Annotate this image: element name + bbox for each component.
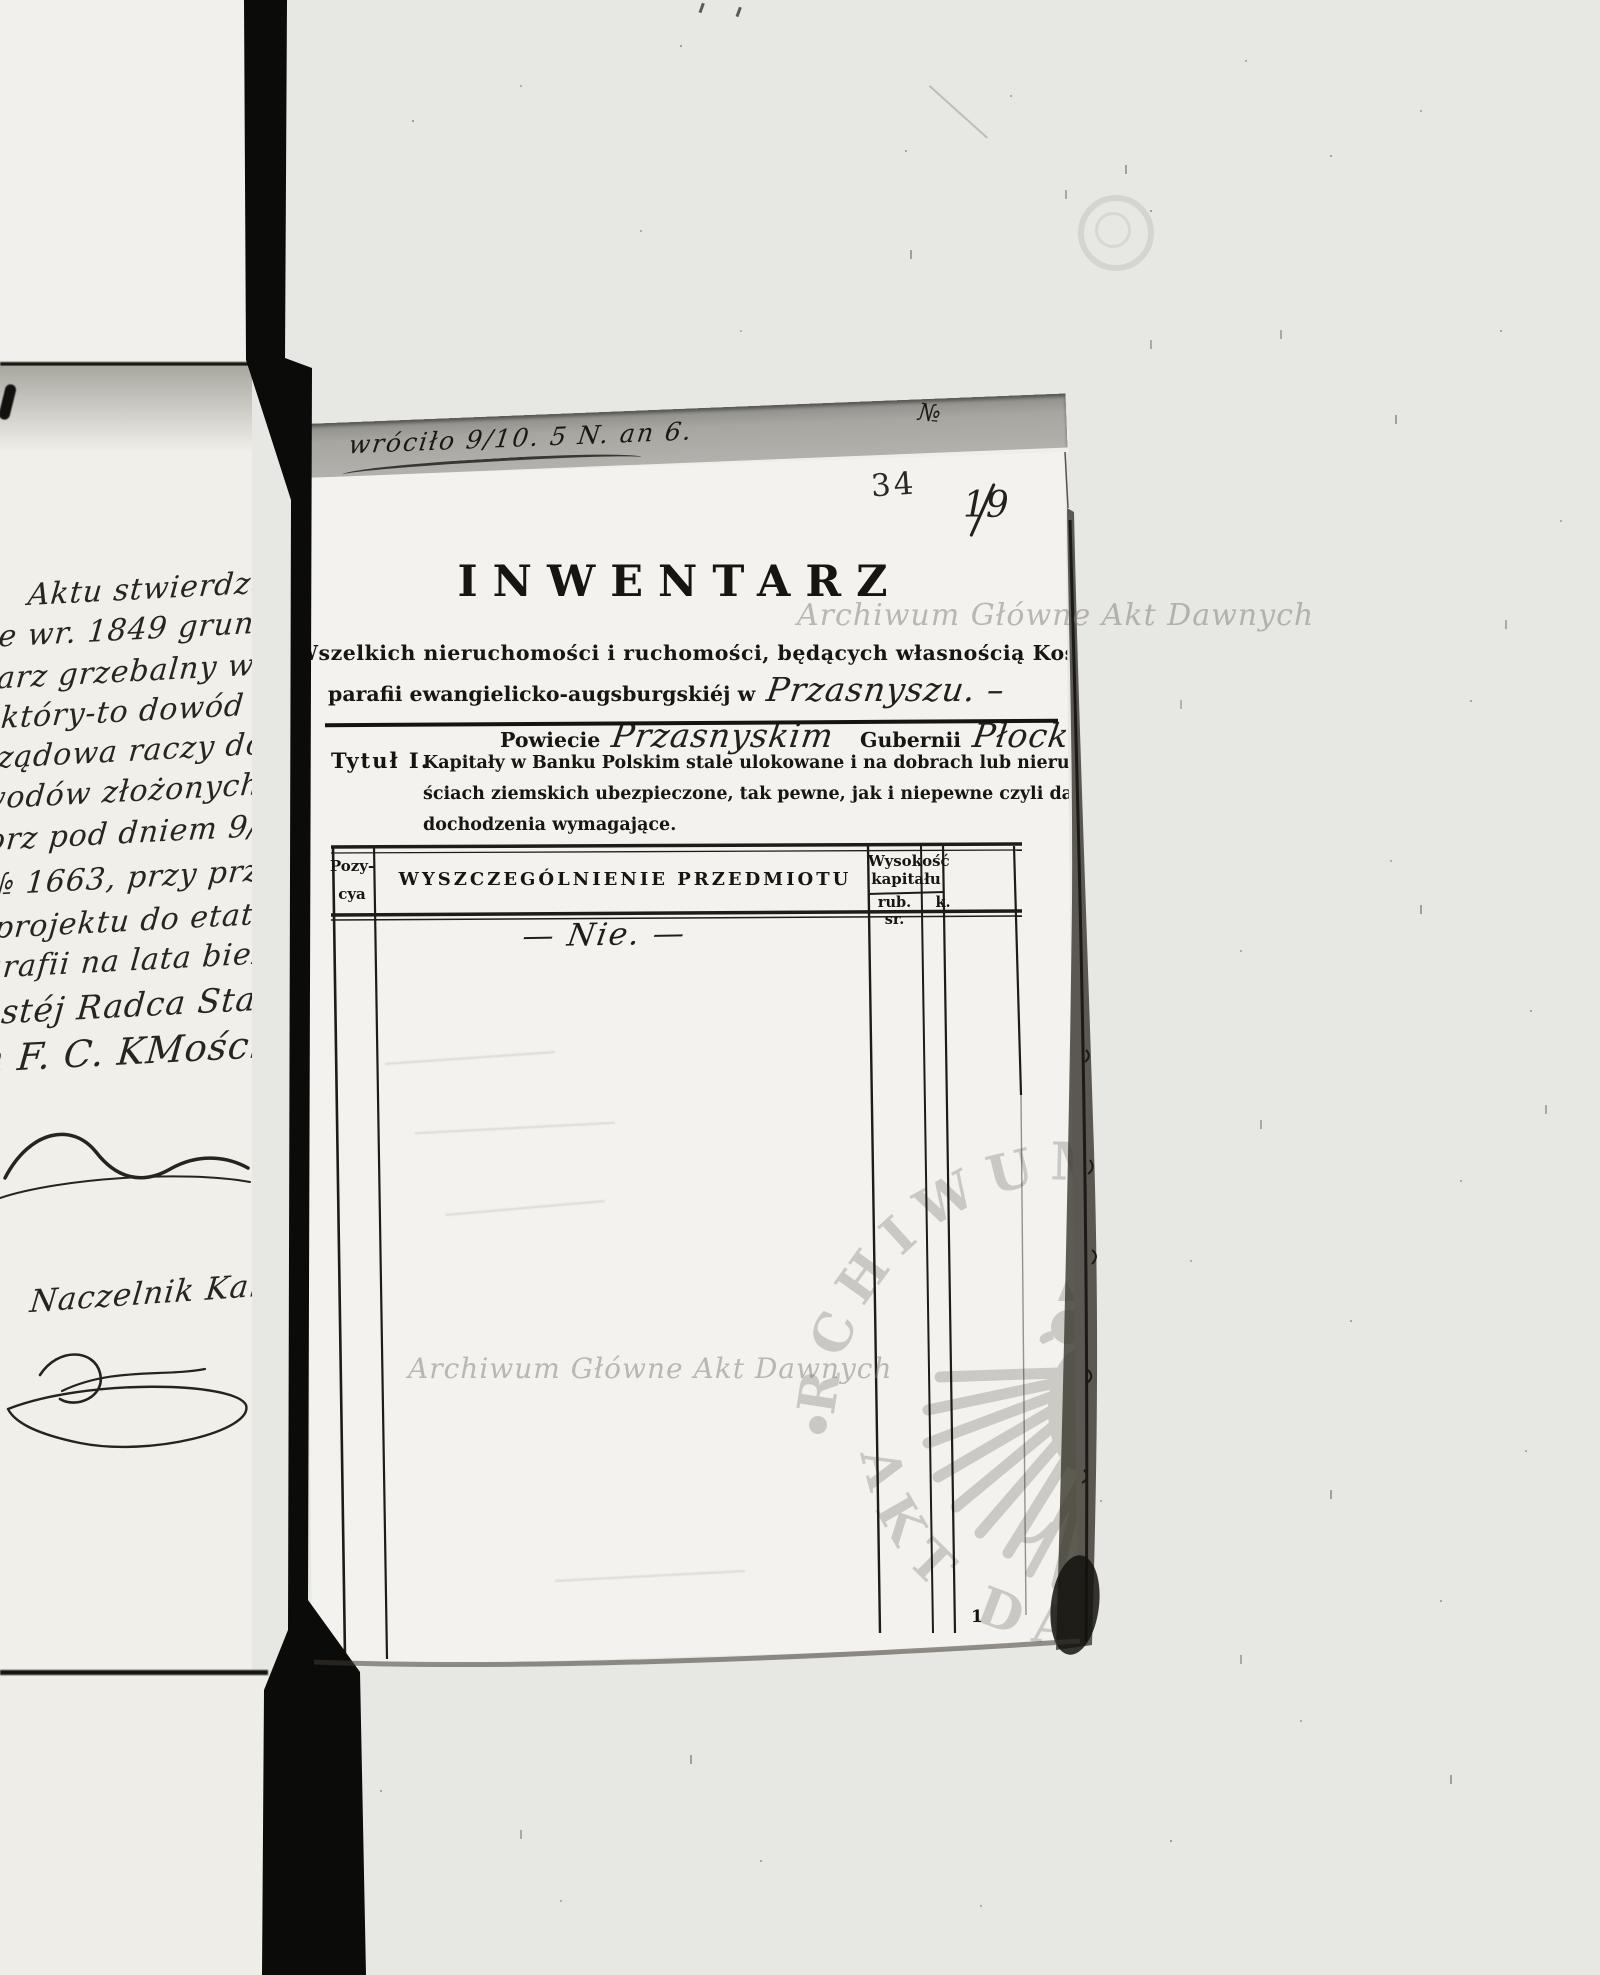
page-number: 1	[971, 1607, 983, 1627]
column-header-position-line1: Pozy-	[329, 857, 375, 875]
stamp-bullet-right	[1333, 1416, 1351, 1434]
handwritten-line: Aktu stwierdzającego	[26, 560, 252, 613]
archive-watermark-text: Archiwum Główne Akt Dawnych	[408, 1352, 893, 1385]
clerk-title-line: Naczelnik Kancellarj	[28, 1260, 252, 1321]
underlying-page-top-left	[0, 0, 246, 366]
column-header-amount-line2: kapitału	[868, 870, 944, 888]
left-handwritten-page: Aktu stwierdzającego ie wr. 1849 gruntu …	[0, 366, 252, 1674]
underlying-page-bottom-left	[0, 1676, 268, 1975]
scratch-mark	[929, 85, 988, 139]
archive-watermark-text: Archiwum Główne Akt Dawnych	[797, 598, 1314, 633]
column-header-position-line2: cya	[329, 885, 375, 903]
column-header-kopecks: k.	[928, 894, 958, 911]
handwritten-line: № 1663, przy przedst	[0, 850, 252, 903]
page-top-shading	[0, 366, 252, 452]
signature-flourish	[0, 1108, 252, 1218]
edge-tick	[699, 3, 711, 15]
archival-scan-photo: { "scan": { "kind": "archival document s…	[0, 0, 1600, 1975]
handwritten-line: istéj Radca Stanu,	[0, 976, 252, 1032]
column-header-position: Pozy- cya	[329, 857, 375, 903]
returned-note-handwriting: wróciło 9/10. 5 N. an 6.	[347, 416, 695, 459]
column-header-subject: WYSZCZEGÓLNIENIE PRZEDMIOTU	[385, 869, 865, 890]
table-entry-nie: — Nie. —	[520, 916, 689, 955]
page-edge-shadow	[0, 1670, 268, 1675]
edge-tick	[736, 7, 748, 19]
column-header-amount-line1: Wysokość	[868, 852, 944, 870]
clerk-signature-flourish	[0, 1341, 252, 1481]
column-header-amount: Wysokość kapitału	[868, 852, 944, 888]
handwritten-line: n F. C. KMości	[0, 1023, 252, 1081]
column-header-rubles: rub. sr.	[868, 894, 921, 928]
numero-mark: №	[917, 398, 942, 428]
ghost-stamp-ring-inner	[1095, 212, 1131, 248]
